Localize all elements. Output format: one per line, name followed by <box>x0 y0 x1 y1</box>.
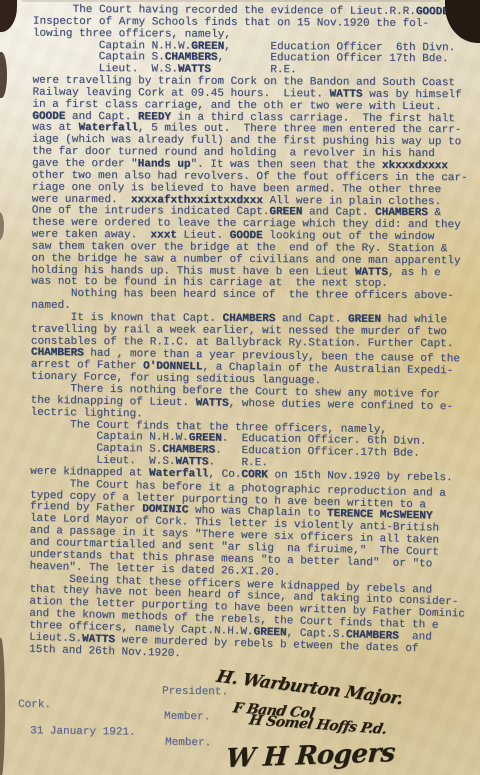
typed-text-body: The Court having recorded the evidence o… <box>29 5 479 659</box>
dark-left-edge-blob <box>0 52 7 98</box>
dark-left-edge-blob-2 <box>0 212 4 240</box>
member-label-2: Member. <box>165 737 211 750</box>
member-label-1: Member. <box>164 711 210 724</box>
dark-top-edge <box>22 0 440 2</box>
signature-member-2: W H Rogers <box>225 738 396 774</box>
president-label: President. <box>162 686 228 699</box>
signature-member-1-line2: H Somel Hoffs P.d. <box>247 712 388 737</box>
dark-left-edge-bottom <box>0 638 5 775</box>
footer-place: Cork. <box>18 699 51 711</box>
dark-corner-top-left <box>0 0 17 32</box>
footer-date: 31 January 1921. <box>30 725 136 738</box>
document-page: The Court having recorded the evidence o… <box>0 0 480 775</box>
